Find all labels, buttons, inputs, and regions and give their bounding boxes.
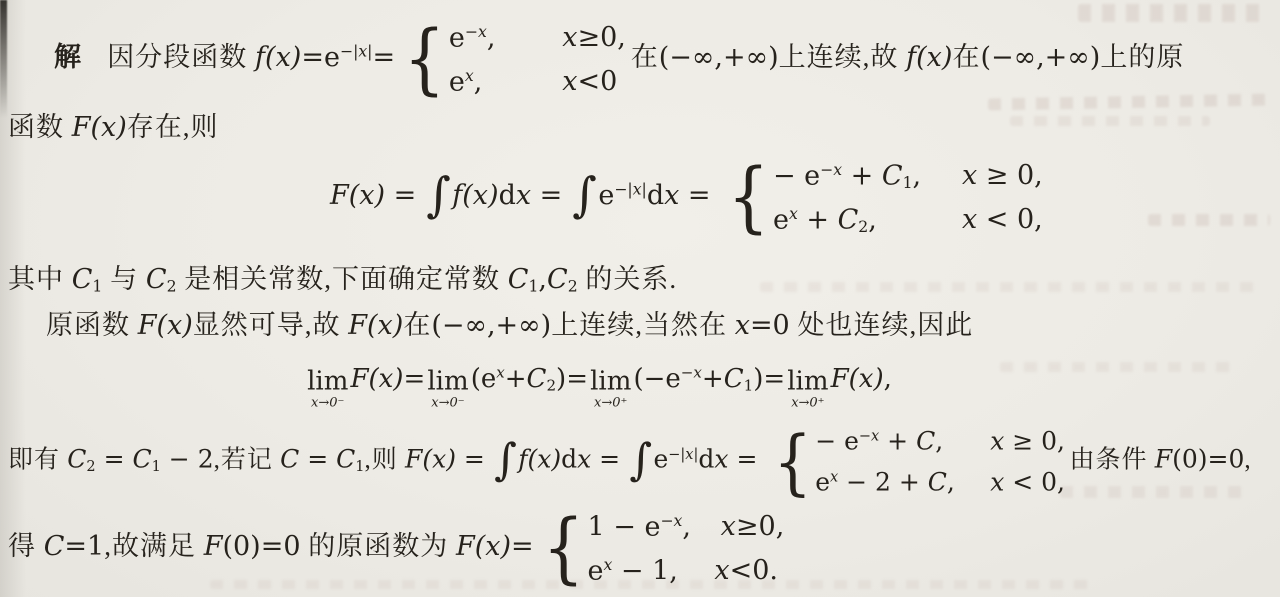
math-roman: <0.	[730, 555, 778, 586]
math-roman: (−e	[633, 364, 680, 394]
math-variable: F(x)	[350, 364, 403, 394]
math-subscript: 2	[167, 277, 177, 296]
chinese-text: 上的原	[1100, 42, 1184, 72]
math-variable: C	[67, 445, 86, 474]
chinese-text: ,则	[364, 447, 405, 474]
math-roman: ,	[538, 264, 547, 295]
chinese-text: 即有	[8, 447, 67, 474]
solution-line-7: 即有 C2 = C1 − 2,若记 C = C1,则 F(x) = ∫f(x)d…	[8, 427, 1252, 497]
math-roman: − e	[815, 426, 859, 455]
math-subscript: 1	[744, 376, 754, 394]
math-superscript: −x	[820, 160, 842, 179]
integral-sign-icon: ∫	[494, 444, 517, 477]
case-expression: ex + C2,	[773, 205, 932, 235]
math-roman: − e	[773, 161, 820, 192]
math-variable: C	[508, 264, 529, 295]
math-subscript: 2	[858, 217, 868, 236]
math-variable: f(x)	[452, 180, 498, 211]
case-row: − e−x + C,x ≥ 0,	[815, 427, 1065, 456]
case-rows: − e−x + C1,x ≥ 0,ex + C2,x < 0,	[773, 161, 1043, 235]
math-roman: e	[598, 180, 614, 211]
math-variable: f(x)	[518, 445, 561, 474]
case-condition: x < 0,	[962, 205, 1043, 235]
math-variable: C	[72, 264, 93, 295]
case-condition: x<0.	[714, 556, 778, 586]
limit-subscript: x→0⁻	[431, 396, 464, 409]
math-roman: ≥0,	[578, 22, 626, 53]
chinese-text: 得	[8, 531, 44, 561]
chinese-text: 与	[102, 264, 146, 294]
curly-brace-icon: {	[728, 167, 770, 229]
math-variable: F(x)	[405, 445, 456, 474]
math-roman: 1 − e	[587, 512, 660, 543]
math-variable: x	[721, 511, 736, 542]
math-variable: C	[527, 364, 547, 394]
math-roman: (0)=0	[222, 531, 300, 562]
math-variable: x	[577, 445, 591, 474]
case-condition: x ≥ 0,	[962, 161, 1043, 191]
chinese-text: 其中	[8, 264, 72, 294]
math-superscript: −|x|	[614, 180, 647, 199]
math-roman: ,	[474, 66, 483, 97]
limit-word: lim	[787, 368, 828, 394]
math-variable: C	[882, 161, 903, 192]
piecewise-cases: {− e−x + C1,x ≥ 0,ex + C2,x < 0,	[724, 161, 1043, 235]
integral-sign-icon: ∫	[572, 178, 597, 213]
math-variable: F(x)	[72, 112, 127, 143]
math-variable: C	[838, 204, 859, 235]
chinese-text: ,若记	[214, 447, 281, 474]
math-superscript: −|x|	[668, 447, 698, 463]
math-roman: ≥0,	[736, 511, 784, 542]
curly-brace-icon: {	[542, 518, 584, 580]
solution-line-1: 解因分段函数 f(x)=e−|x|={e−x,x≥0,ex,x<0在(−∞,+∞…	[54, 23, 1184, 97]
math-roman: e	[653, 445, 668, 474]
math-roman: (−∞,+∞)	[980, 42, 1100, 73]
math-variable: x	[562, 22, 577, 53]
limit-word: lim	[307, 368, 348, 394]
math-variable: x	[664, 180, 679, 211]
math-subscript: 1	[528, 277, 538, 296]
math-superscript: −x	[660, 511, 682, 530]
chinese-text: ,故满足	[104, 531, 204, 561]
math-roman: ≥ 0,	[1004, 426, 1065, 455]
math-roman: e	[449, 23, 465, 54]
curly-brace-icon: {	[773, 434, 812, 491]
bleedthrough-mark	[1078, 4, 1268, 22]
math-roman: ,	[487, 23, 496, 54]
math-superscript: x	[496, 364, 505, 382]
chinese-text: 由条件	[1070, 447, 1155, 474]
case-condition: x≥0,	[562, 23, 626, 53]
piecewise-cases: {1 − e−x,x≥0,ex − 1,x<0.	[539, 512, 785, 586]
math-variable: C	[44, 531, 65, 562]
math-roman: )=	[556, 364, 588, 394]
math-variable: F(x)	[456, 531, 511, 562]
bleedthrough-mark	[1010, 116, 1210, 126]
math-roman: +	[702, 364, 724, 394]
chinese-text: 函数	[8, 112, 72, 142]
math-variable: F	[1155, 445, 1172, 474]
case-condition: x≥0,	[721, 512, 785, 542]
math-roman: =	[403, 364, 425, 394]
case-expression: e−x,	[449, 23, 533, 53]
math-roman: (−∞,+∞)	[659, 42, 779, 73]
math-subscript: 1	[152, 459, 161, 475]
math-roman: (−∞,+∞)	[431, 310, 551, 341]
math-variable: x	[962, 160, 977, 191]
math-subscript: 2	[86, 459, 95, 475]
math-superscript: x	[465, 66, 474, 85]
math-variable: C	[280, 445, 299, 474]
piecewise-cases: {− e−x + C,x ≥ 0,ex − 2 + C,x < 0,	[770, 427, 1065, 497]
math-variable: C	[547, 264, 568, 295]
math-roman: =	[591, 445, 628, 474]
chinese-text: 的原函数为	[301, 531, 457, 561]
math-roman: ,	[935, 426, 943, 455]
math-superscript: −x	[859, 428, 879, 444]
math-roman: e	[773, 204, 789, 235]
math-roman: =	[531, 180, 571, 211]
chinese-text: 因分段函数	[107, 42, 255, 72]
math-roman: <0	[578, 66, 618, 97]
curly-brace-icon: {	[404, 29, 446, 91]
integral-sign-icon: ∫	[426, 178, 451, 213]
math-variable: x	[562, 66, 577, 97]
math-roman: ,	[868, 204, 877, 235]
math-roman: ,	[682, 512, 691, 543]
case-row: 1 − e−x,x≥0,	[587, 512, 784, 542]
math-roman: =0	[750, 310, 790, 341]
math-roman: d	[561, 445, 577, 474]
math-roman: d	[698, 445, 714, 474]
chinese-text: 上连续,当然在	[551, 310, 735, 340]
math-variable: f(x)	[906, 42, 952, 73]
case-condition: x<0	[562, 67, 617, 97]
math-variable: x	[990, 467, 1004, 496]
solution-line-8-final-answer: 得 C=1,故满足 F(0)=0 的原函数为 F(x)={1 − e−x,x≥0…	[8, 512, 789, 586]
limit-operator: limx→0⁻	[427, 368, 468, 409]
scan-edge-wedge	[0, 0, 7, 118]
math-roman: < 0,	[977, 204, 1043, 235]
solution-line-2: 函数 F(x)存在,则	[8, 111, 219, 145]
math-roman: =1	[64, 531, 104, 562]
chinese-text: 的关系.	[578, 264, 678, 294]
solution-line-4: 其中 C1 与 C2 是相关常数,下面确定常数 C1,C2 的关系.	[8, 263, 677, 297]
math-superscript: −x	[465, 22, 487, 41]
math-roman: +	[842, 161, 882, 192]
chinese-text: 上连续,故	[779, 42, 907, 72]
solution-line-3-antiderivative-equation: F(x) = ∫f(x)dx = ∫e−|x|dx = {− e−x + C1,…	[330, 161, 1048, 235]
math-roman: ,	[947, 467, 955, 496]
math-variable: F(x)	[330, 180, 385, 211]
case-condition: x ≥ 0,	[990, 427, 1065, 456]
math-roman: =	[301, 42, 324, 73]
math-roman: =	[729, 445, 766, 474]
math-subscript: 2	[546, 376, 556, 394]
case-rows: − e−x + C,x ≥ 0,ex − 2 + C,x < 0,	[815, 427, 1065, 497]
math-roman: +	[798, 204, 838, 235]
bleedthrough-mark	[1000, 362, 1240, 372]
case-expression: − e−x + C,	[815, 427, 963, 456]
math-variable: F(x)	[138, 310, 193, 341]
math-superscript: x	[789, 204, 798, 223]
case-expression: 1 − e−x,	[587, 512, 691, 542]
limit-subscript: x→0⁻	[311, 396, 344, 409]
bleedthrough-mark	[1148, 214, 1270, 226]
solution-line-5: 原函数 F(x)显然可导,故 F(x)在(−∞,+∞)上连续,当然在 x=0 处…	[46, 309, 973, 343]
math-roman: d	[647, 180, 664, 211]
math-roman: − 1,	[612, 555, 678, 586]
math-variable: x	[962, 204, 977, 235]
solution-keyword: 解	[54, 42, 83, 72]
math-subscript: 1	[92, 277, 102, 296]
bleedthrough-mark	[760, 282, 1260, 292]
limit-word: lim	[590, 368, 631, 394]
chinese-text: 显然可导,故	[193, 310, 349, 340]
math-variable: C	[132, 445, 151, 474]
chinese-text: 处也连续,因此	[790, 310, 974, 340]
math-roman: =	[299, 445, 336, 474]
math-superscript: x	[830, 469, 838, 485]
math-subscript: 2	[568, 277, 578, 296]
chinese-text: 是相关常数,下面确定常数	[177, 264, 508, 294]
case-condition: x < 0,	[990, 468, 1065, 497]
math-roman: =	[679, 180, 719, 211]
math-roman: − 2 +	[838, 467, 928, 496]
limit-subscript: x→0⁺	[594, 396, 627, 409]
math-superscript: −x	[681, 364, 702, 382]
math-roman: =	[456, 445, 493, 474]
solution-line-6-limit-equation: limx→0⁻F(x)=limx→0⁻(ex+C2)=limx→0⁺(−e−x+…	[305, 361, 892, 402]
math-variable: C	[928, 467, 947, 496]
integral-sign-icon: ∫	[629, 444, 652, 477]
math-subscript: 1	[903, 173, 913, 192]
case-row: ex,x<0	[449, 67, 626, 97]
math-roman: (e	[471, 364, 497, 394]
case-row: − e−x + C1,x ≥ 0,	[773, 161, 1043, 191]
math-variable: x	[714, 445, 728, 474]
math-variable: C	[916, 426, 935, 455]
math-superscript: x	[603, 555, 612, 574]
piecewise-cases: {e−x,x≥0,ex,x<0	[400, 23, 626, 97]
math-roman: ,	[884, 364, 892, 394]
math-roman: )=	[753, 364, 785, 394]
math-variable: x	[714, 555, 729, 586]
case-row: ex − 2 + C,x < 0,	[815, 468, 1065, 497]
math-roman: − 2	[161, 445, 214, 474]
chinese-text: 原函数	[46, 310, 138, 340]
math-variable: F	[204, 531, 223, 562]
scanned-textbook-page: 解因分段函数 f(x)=e−|x|={e−x,x≥0,ex,x<0在(−∞,+∞…	[0, 0, 1280, 597]
math-roman: (0)=0	[1172, 445, 1244, 474]
chinese-text: 存在,则	[127, 112, 219, 142]
math-roman: e	[587, 555, 603, 586]
case-rows: e−x,x≥0,ex,x<0	[449, 23, 626, 97]
math-roman: =	[511, 531, 534, 562]
math-roman: =	[96, 445, 133, 474]
math-variable: C	[724, 364, 744, 394]
case-rows: 1 − e−x,x≥0,ex − 1,x<0.	[587, 512, 784, 586]
math-roman: =	[372, 42, 395, 73]
case-expression: ex − 2 + C,	[815, 468, 963, 497]
math-roman: e	[449, 66, 465, 97]
case-expression: ex,	[449, 67, 533, 97]
limit-word: lim	[427, 368, 468, 394]
chinese-text: 在	[403, 310, 431, 340]
math-roman: d	[499, 180, 516, 211]
math-roman: < 0,	[1004, 467, 1065, 496]
math-roman: e	[815, 467, 830, 496]
math-variable: x	[735, 310, 750, 341]
case-row: e−x,x≥0,	[449, 23, 626, 53]
math-roman: +	[879, 426, 916, 455]
limit-operator: limx→0⁺	[590, 368, 631, 409]
math-variable: C	[336, 445, 355, 474]
case-row: ex − 1,x<0.	[587, 556, 784, 586]
math-roman: e	[324, 42, 340, 73]
math-roman: ≥ 0,	[977, 160, 1043, 191]
math-variable: x	[990, 426, 1004, 455]
math-roman: +	[505, 364, 527, 394]
case-expression: − e−x + C1,	[773, 161, 932, 191]
math-superscript: −|x|	[340, 42, 373, 61]
limit-operator: limx→0⁻	[307, 368, 348, 409]
math-variable: C	[146, 264, 167, 295]
limit-subscript: x→0⁺	[791, 396, 824, 409]
math-variable: x	[516, 180, 531, 211]
math-roman: =	[385, 180, 425, 211]
math-variable: F(x)	[348, 310, 403, 341]
chinese-text: ,	[1244, 447, 1251, 474]
case-row: ex + C2,x < 0,	[773, 205, 1043, 235]
case-expression: ex − 1,	[587, 556, 684, 586]
chinese-text: 在	[631, 42, 659, 72]
chinese-text: 在	[952, 42, 980, 72]
math-variable: f(x)	[255, 42, 301, 73]
math-variable: F(x)	[831, 364, 884, 394]
math-roman: ,	[913, 161, 922, 192]
limit-operator: limx→0⁺	[787, 368, 828, 409]
